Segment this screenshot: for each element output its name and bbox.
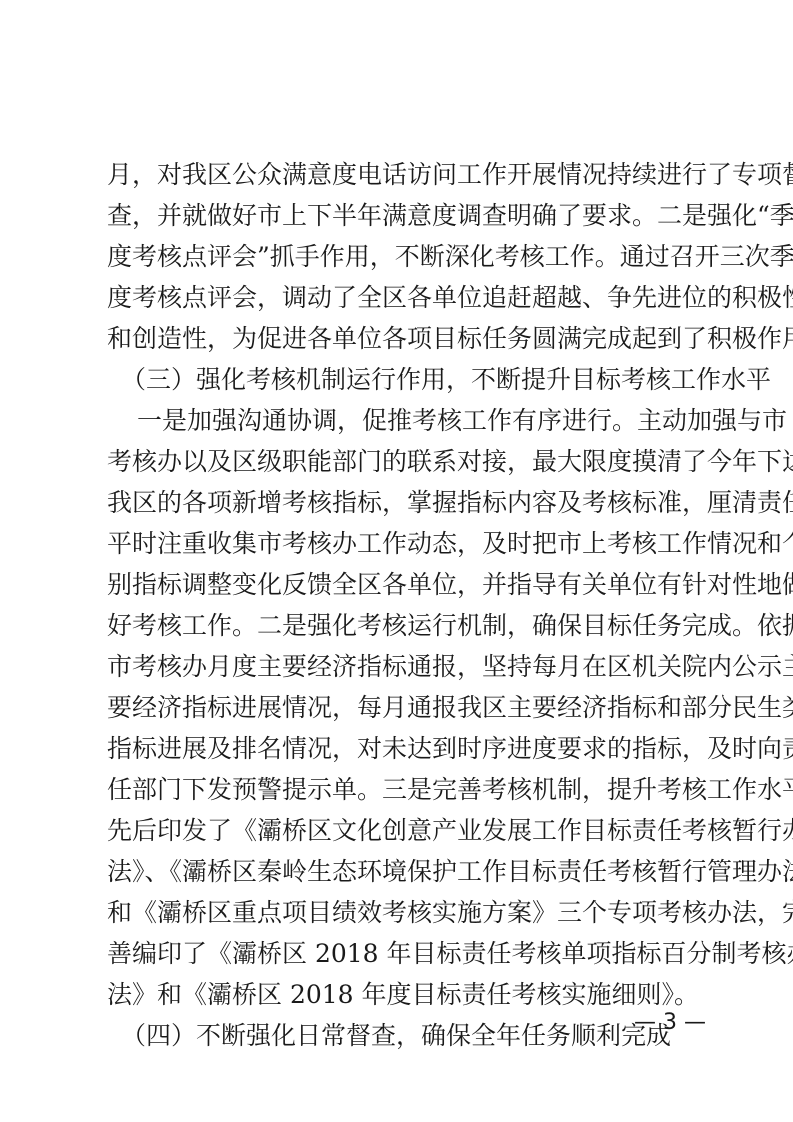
text-line: 先后印发了《灞桥区文化创意产业发展工作目标责任考核暂行办 [107, 810, 693, 851]
body-text: 月，对我区公众满意度电话访问工作开展情况持续进行了专项督 查，并就做好市上下半年… [107, 154, 693, 1056]
page-number: — 3 — [630, 1010, 710, 1035]
text-line: 平时注重收集市考核办工作动态，及时把市上考核工作情况和个 [107, 523, 693, 564]
text-line: 要经济指标进展情况，每月通报我区主要经济指标和部分民生类 [107, 687, 693, 728]
text-line: 善编印了《灞桥区 2018 年目标责任考核单项指标百分制考核办 [107, 933, 693, 974]
text-line: 考核办以及区级职能部门的联系对接，最大限度摸清了今年下达 [107, 441, 693, 482]
text-line: 我区的各项新增考核指标，掌握指标内容及考核标准，厘清责任。 [107, 482, 693, 523]
text-line: 好考核工作。二是强化考核运行机制，确保目标任务完成。依据 [107, 605, 693, 646]
text-line: 一是加强沟通协调，促推考核工作有序进行。主动加强与市 [107, 400, 693, 441]
document-page: 月，对我区公众满意度电话访问工作开展情况持续进行了专项督 查，并就做好市上下半年… [0, 0, 793, 1122]
text-line: 度考核点评会，调动了全区各单位追赶超越、争先进位的积极性 [107, 277, 693, 318]
text-line: 和《灞桥区重点项目绩效考核实施方案》三个专项考核办法，完 [107, 892, 693, 933]
text-line: 度考核点评会”抓手作用，不断深化考核工作。通过召开三次季 [107, 236, 693, 277]
text-line: 法》和《灞桥区 2018 年度目标责任考核实施细则》。 [107, 974, 693, 1015]
text-line: 法》、《灞桥区秦岭生态环境保护工作目标责任考核暂行管理办法》 [107, 851, 693, 892]
text-line: 别指标调整变化反馈全区各单位，并指导有关单位有针对性地做 [107, 564, 693, 605]
section-heading-3: （三）强化考核机制运行作用，不断提升目标考核工作水平 [107, 359, 693, 400]
text-line: 月，对我区公众满意度电话访问工作开展情况持续进行了专项督 [107, 154, 693, 195]
text-line: 任部门下发预警提示单。三是完善考核机制，提升考核工作水平。 [107, 769, 693, 810]
text-line: 指标进展及排名情况，对未达到时序进度要求的指标，及时向责 [107, 728, 693, 769]
text-line: 市考核办月度主要经济指标通报，坚持每月在区机关院内公示主 [107, 646, 693, 687]
text-line: 查，并就做好市上下半年满意度调查明确了要求。二是强化“季 [107, 195, 693, 236]
section-heading-4: （四）不断强化日常督查，确保全年任务顺利完成 [107, 1015, 693, 1056]
text-line: 和创造性，为促进各单位各项目标任务圆满完成起到了积极作用。 [107, 318, 693, 359]
